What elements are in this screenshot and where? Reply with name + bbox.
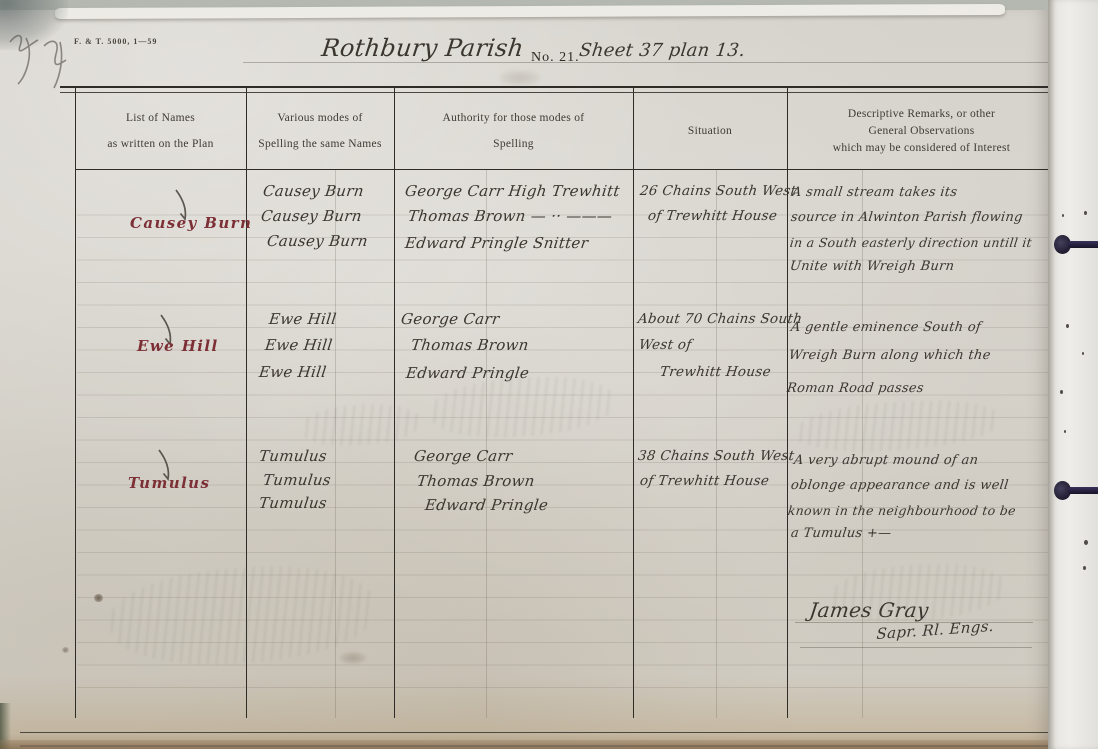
authority-entry: Thomas Brown <box>416 472 536 490</box>
spelling-entry: Tumulus <box>258 494 328 512</box>
ink-speck <box>1082 352 1084 355</box>
foxing-spot <box>62 647 69 653</box>
binding-tie-icon <box>1054 479 1098 503</box>
ink-speck <box>1084 211 1087 215</box>
spelling-entry: Ewe Hill <box>258 363 328 381</box>
authority-entry: Edward Pringle <box>424 496 549 514</box>
column-header-names: List of Namesas written on the Plan <box>75 94 246 168</box>
signature-rule <box>800 647 1032 648</box>
sheet-plan-number: Sheet 37 plan 13. <box>578 40 746 61</box>
spelling-entry: Tumulus <box>258 447 328 465</box>
form-print-code: F. & T. 5000, 1—59 <box>74 37 157 46</box>
authority-entry: George Carr High Trewhitt <box>404 182 621 200</box>
foxing-spot <box>500 70 540 86</box>
table-top-border-inner <box>60 92 1056 93</box>
remarks-line: a Tumulus +— <box>790 526 892 541</box>
situation-line: About 70 Chains South <box>637 311 803 327</box>
remarks-line: A very abrupt mound of an <box>793 453 979 468</box>
remarks-line: Wreigh Burn along which the <box>788 348 992 363</box>
remarks-line: source in Alwinton Parish flowing <box>790 210 1024 225</box>
scanned-name-book-page: F. & T. 5000, 1—59 Rothbury Parish No. 2… <box>0 0 1098 749</box>
remarks-line: known in the neighbourhood to be <box>787 503 1017 518</box>
ink-speck <box>1060 390 1063 394</box>
table-left-border <box>75 87 76 718</box>
authority-entry: Thomas Brown — ·· ——— <box>407 207 613 225</box>
situation-line: Trewhitt House <box>659 364 772 380</box>
remarks-line: in a South easterly direction untill it <box>789 235 1033 250</box>
plan-name: Tumulus <box>128 474 210 492</box>
column-header-situation: Situation <box>633 94 787 168</box>
ink-speck <box>1062 214 1064 217</box>
authority-entry: George Carr <box>413 447 514 465</box>
authority-entry: George Carr <box>400 310 501 328</box>
foxing-spot <box>94 594 103 602</box>
situation-line: 38 Chains South West <box>637 448 795 464</box>
plan-name: Causey Burn <box>130 214 252 232</box>
header-bottom-border <box>75 169 1056 170</box>
header-rule-line <box>243 62 1052 63</box>
situation-line: of Trewhitt House <box>647 208 778 224</box>
ink-speck <box>1084 540 1088 545</box>
column-header-remarks: Descriptive Remarks, or otherGeneral Obs… <box>787 94 1056 168</box>
remarks-line: oblonge appearance and is well <box>790 478 1009 493</box>
spelling-entry: Causey Burn <box>262 182 365 200</box>
remarks-line: A small stream takes its <box>791 185 958 200</box>
remarks-line: Roman Road passes <box>786 381 925 396</box>
binding-tie-icon <box>1054 233 1098 257</box>
parish-title: Rothbury Parish <box>320 34 525 62</box>
remarks-line: Unite with Wreigh Burn <box>789 259 955 274</box>
situation-line: West of <box>638 337 693 353</box>
torn-paper-edge <box>55 4 1005 19</box>
authority-entry: Thomas Brown <box>410 336 530 354</box>
form-number: No. 21. <box>531 50 580 66</box>
adjacent-page-edge <box>1048 0 1098 749</box>
ink-speck <box>1066 324 1069 328</box>
paper-sheet: F. & T. 5000, 1—59 Rothbury Parish No. 2… <box>0 10 1050 749</box>
spelling-entry: Ewe Hill <box>264 336 334 354</box>
spelling-entry: Tumulus <box>262 471 332 489</box>
spelling-entry: Causey Burn <box>260 207 363 225</box>
ink-speck <box>1083 566 1086 570</box>
authority-entry: Edward Pringle Snitter <box>404 234 589 252</box>
column-header-spellings: Various modes ofSpelling the same Names <box>246 94 394 168</box>
pencil-scrawl-mark <box>4 24 99 94</box>
spelling-entry: Causey Burn <box>266 232 369 250</box>
situation-line: 26 Chains South West <box>639 183 797 199</box>
remarks-line: A gentle eminence South of <box>790 320 982 335</box>
foxing-spot <box>340 652 366 664</box>
situation-line: of Trewhitt House <box>639 473 770 489</box>
table-bottom-border <box>20 732 1056 733</box>
plan-name: Ewe Hill <box>137 337 219 355</box>
table-top-border <box>60 86 1056 88</box>
spelling-entry: Ewe Hill <box>268 310 338 328</box>
ink-speck <box>1064 430 1066 433</box>
page-bottom-edge <box>0 740 1050 749</box>
column-header-authority: Authority for those modes ofSpelling <box>394 94 633 168</box>
